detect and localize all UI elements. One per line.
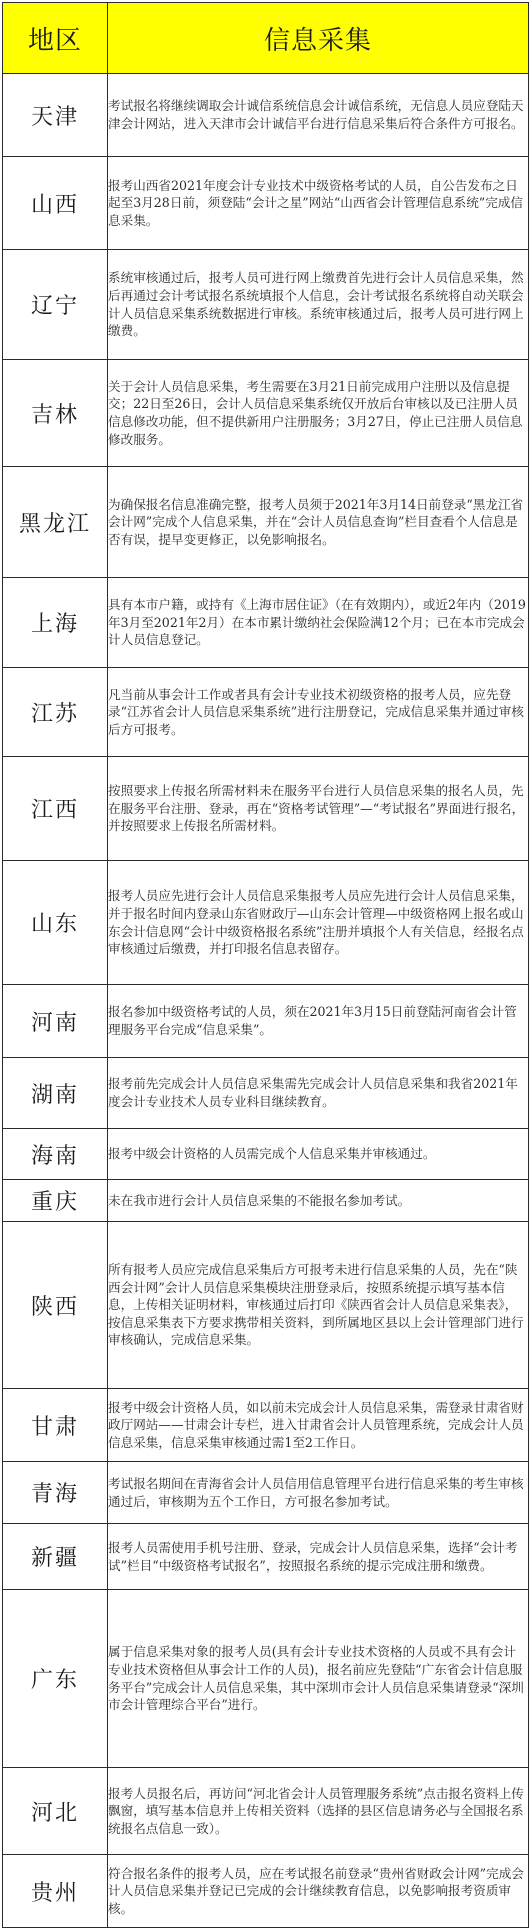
- region-cell: 河北: [3, 1768, 108, 1855]
- info-cell: 为确保报名信息准确完整，报考人员须于2021年3月14日前登录“黑龙江省会计网”…: [108, 467, 529, 578]
- info-cell: 按照要求上传报名所需材料未在服务平台进行人员信息采集的报名人员，先在服务平台注册…: [108, 757, 529, 861]
- info-cell: 属于信息采集对象的报考人员(具有会计专业技术资格的人员或不具有会计专业技术资格但…: [108, 1590, 529, 1768]
- info-cell: 报考中级会计资格的人员需完成个人信息采集并审核通过。: [108, 1129, 529, 1180]
- table-row: 甘肃报考中级会计资格人员，如以前未完成会计人员信息采集，需登录甘肃省财政厅网站—…: [3, 1389, 529, 1462]
- region-cell: 天津: [3, 74, 108, 157]
- region-cell: 山西: [3, 157, 108, 250]
- table-row: 江西按照要求上传报名所需材料未在服务平台进行人员信息采集的报名人员，先在服务平台…: [3, 757, 529, 861]
- header-info-collection: 信息采集: [108, 3, 529, 74]
- header-row: 地区 信息采集: [3, 3, 529, 74]
- region-cell: 海南: [3, 1129, 108, 1180]
- info-cell: 报考人员需使用手机号注册、登录，完成会计人员信息采集，选择“会计考试”栏目“中级…: [108, 1524, 529, 1590]
- table-row: 黑龙江为确保报名信息准确完整，报考人员须于2021年3月14日前登录“黑龙江省会…: [3, 467, 529, 578]
- region-cell: 青海: [3, 1462, 108, 1524]
- table-row: 湖南报考前先完成会计人员信息采集需先完成会计人员信息采集和我省2021年度会计专…: [3, 1058, 529, 1129]
- region-cell: 新疆: [3, 1524, 108, 1590]
- region-cell: 甘肃: [3, 1389, 108, 1462]
- region-cell: 上海: [3, 578, 108, 668]
- info-cell: 具有本市户籍，或持有《上海市居住证》（在有效期内），或近2年内（2019年3月至…: [108, 578, 529, 668]
- table-row: 陕西所有报考人员应完成信息采集后方可报考未进行信息采集的人员，先在“陕西会计网”…: [3, 1222, 529, 1389]
- info-cell: 报考中级会计资格人员，如以前未完成会计人员信息采集，需登录甘肃省财政厅网站——甘…: [108, 1389, 529, 1462]
- table-row: 贵州符合报名条件的报考人员，应在考试报名前登录“贵州省财政会计网”完成会计人员信…: [3, 1855, 529, 1928]
- table-row: 山西报考山西省2021年度会计专业技术中级资格考试的人员，自公告发布之日起至3月…: [3, 157, 529, 250]
- region-cell: 江西: [3, 757, 108, 861]
- region-cell: 江苏: [3, 668, 108, 757]
- region-cell: 广东: [3, 1590, 108, 1768]
- info-cell: 报考前先完成会计人员信息采集需先完成会计人员信息采集和我省2021年度会计专业技…: [108, 1058, 529, 1129]
- table-row: 吉林关于会计人员信息采集，考生需要在3月21日前完成用户注册以及信息提交；22日…: [3, 360, 529, 467]
- table-row: 天津考试报名将继续调取会计诚信系统信息会计诚信系统，无信息人员应登陆天津会计网站…: [3, 74, 529, 157]
- region-cell: 重庆: [3, 1180, 108, 1222]
- info-collection-table: 地区 信息采集 天津考试报名将继续调取会计诚信系统信息会计诚信系统，无信息人员应…: [2, 2, 529, 1928]
- table-row: 新疆报考人员需使用手机号注册、登录，完成会计人员信息采集，选择“会计考试”栏目“…: [3, 1524, 529, 1590]
- region-cell: 贵州: [3, 1855, 108, 1928]
- table-row: 江苏凡当前从事会计工作或者具有会计专业技术初级资格的报考人员，应先登录“江苏省会…: [3, 668, 529, 757]
- region-cell: 湖南: [3, 1058, 108, 1129]
- info-cell: 报考山西省2021年度会计专业技术中级资格考试的人员，自公告发布之日起至3月28…: [108, 157, 529, 250]
- table-row: 辽宁系统审核通过后，报考人员可进行网上缴费首先进行会计人员信息采集，然后再通过会…: [3, 250, 529, 360]
- region-cell: 河南: [3, 985, 108, 1058]
- header-region: 地区: [3, 3, 108, 74]
- info-cell: 报考人员应先进行会计人员信息采集报考人员应先进行会计人员信息采集，并于报名时间内…: [108, 861, 529, 985]
- table-row: 上海具有本市户籍，或持有《上海市居住证》（在有效期内），或近2年内（2019年3…: [3, 578, 529, 668]
- table-row: 青海考试报名期间在青海省会计人员信用信息管理平台进行信息采集的考生审核通过后，审…: [3, 1462, 529, 1524]
- table-row: 河北报考人员报名后，再访问“河北省会计人员管理服务系统”点击报名资料上传飘窗，填…: [3, 1768, 529, 1855]
- table-row: 重庆未在我市进行会计人员信息采集的不能报名参加考试。: [3, 1180, 529, 1222]
- info-cell: 考试报名将继续调取会计诚信系统信息会计诚信系统，无信息人员应登陆天津会计网站，进…: [108, 74, 529, 157]
- info-cell: 所有报考人员应完成信息采集后方可报考未进行信息采集的人员，先在“陕西会计网”会计…: [108, 1222, 529, 1389]
- table-row: 海南报考中级会计资格的人员需完成个人信息采集并审核通过。: [3, 1129, 529, 1180]
- table-row: 广东属于信息采集对象的报考人员(具有会计专业技术资格的人员或不具有会计专业技术资…: [3, 1590, 529, 1768]
- table-row: 山东报考人员应先进行会计人员信息采集报考人员应先进行会计人员信息采集，并于报名时…: [3, 861, 529, 985]
- info-cell: 报考人员报名后，再访问“河北省会计人员管理服务系统”点击报名资料上传飘窗，填写基…: [108, 1768, 529, 1855]
- region-cell: 陕西: [3, 1222, 108, 1389]
- info-cell: 未在我市进行会计人员信息采集的不能报名参加考试。: [108, 1180, 529, 1222]
- region-cell: 辽宁: [3, 250, 108, 360]
- table-row: 河南报名参加中级资格考试的人员，须在2021年3月15日前登陆河南省会计管理服务…: [3, 985, 529, 1058]
- info-cell: 凡当前从事会计工作或者具有会计专业技术初级资格的报考人员，应先登录“江苏省会计人…: [108, 668, 529, 757]
- info-cell: 报名参加中级资格考试的人员，须在2021年3月15日前登陆河南省会计管理服务平台…: [108, 985, 529, 1058]
- region-cell: 吉林: [3, 360, 108, 467]
- info-cell: 符合报名条件的报考人员，应在考试报名前登录“贵州省财政会计网”完成会计人员信息采…: [108, 1855, 529, 1928]
- info-cell: 系统审核通过后，报考人员可进行网上缴费首先进行会计人员信息采集，然后再通过会计考…: [108, 250, 529, 360]
- region-cell: 黑龙江: [3, 467, 108, 578]
- region-cell: 山东: [3, 861, 108, 985]
- info-cell: 考试报名期间在青海省会计人员信用信息管理平台进行信息采集的考生审核通过后，审核期…: [108, 1462, 529, 1524]
- info-cell: 关于会计人员信息采集，考生需要在3月21日前完成用户注册以及信息提交；22日至2…: [108, 360, 529, 467]
